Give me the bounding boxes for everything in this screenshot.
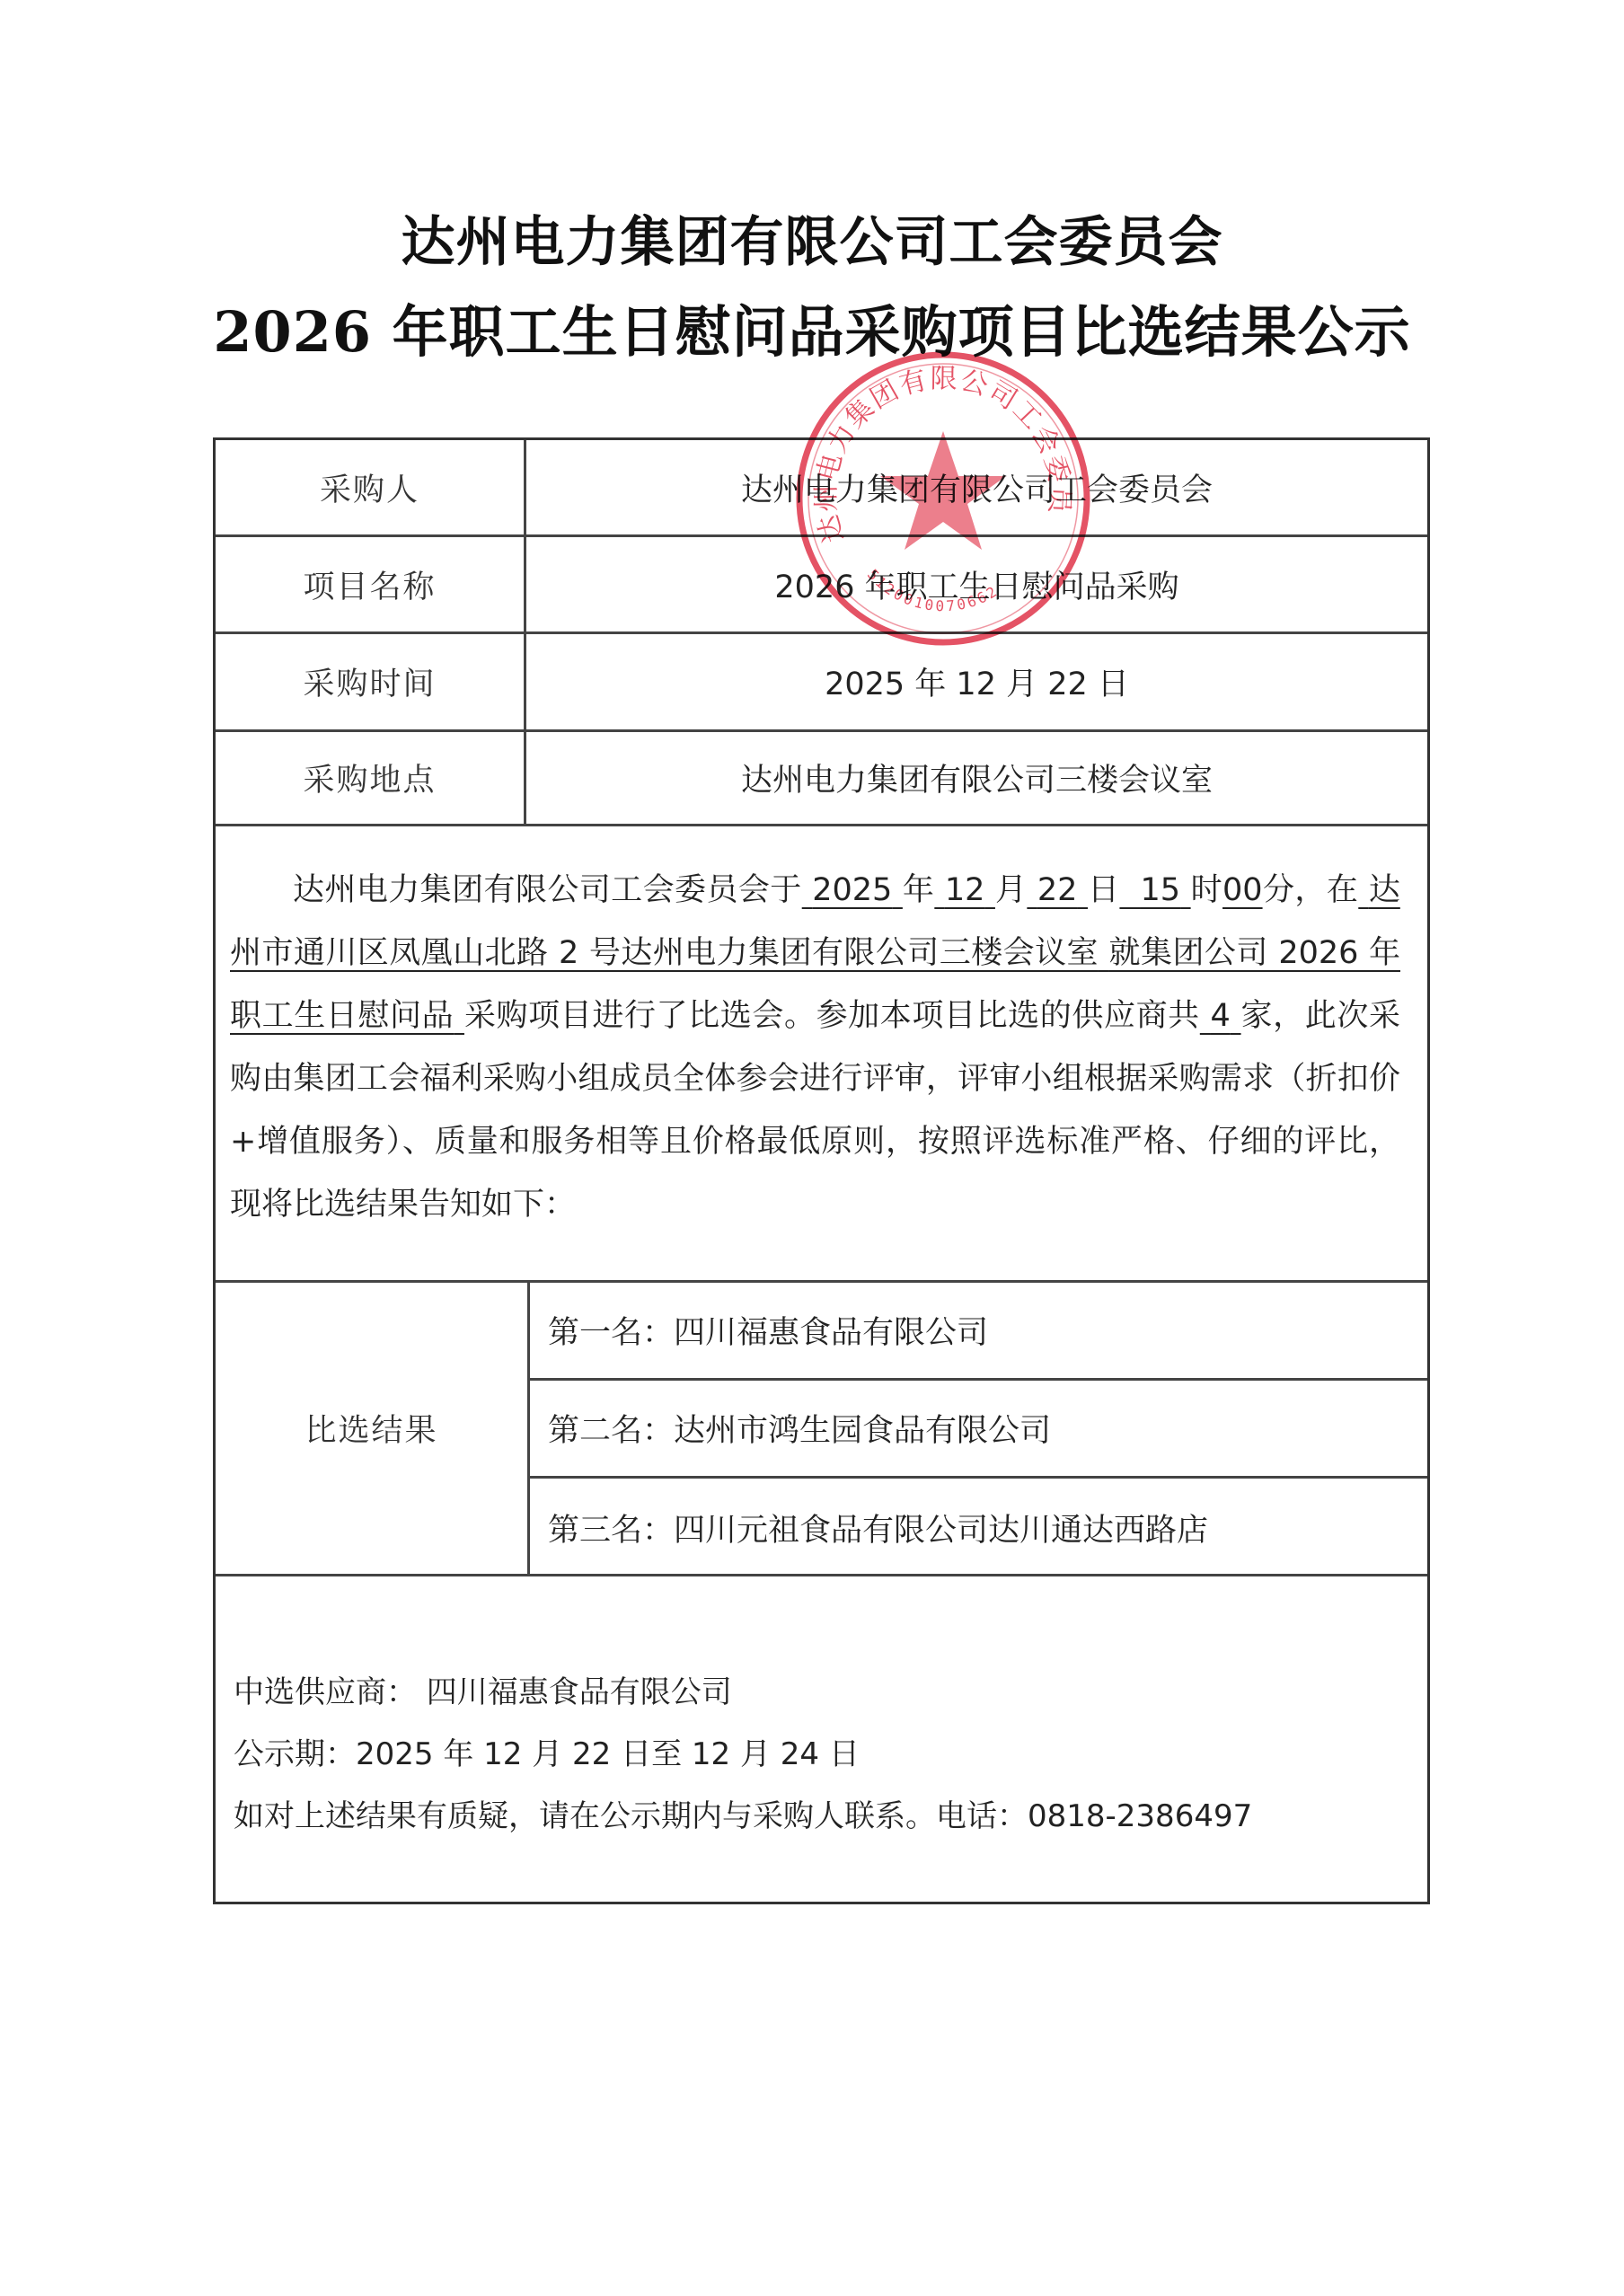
info-value: 2026 年职工生日慰问品采购 <box>526 537 1427 631</box>
footer-section: 中选供应商： 四川福惠食品有限公司 公示期：2025 年 12 月 22 日至 … <box>216 1576 1427 1902</box>
document-title-line2: 2026 年职工生日慰问品采购项目比选结果公示 <box>0 287 1624 367</box>
notice-period: 公示期：2025 年 12 月 22 日至 12 月 24 日 <box>234 1724 1427 1786</box>
announcement-table: 采购人 达州电力集团有限公司工会委员会 项目名称 2026 年职工生日慰问品采购… <box>213 437 1430 1904</box>
info-row-purchase-time: 采购时间 2025 年 12 月 22 日 <box>216 634 1427 732</box>
info-row-purchaser: 采购人 达州电力集团有限公司工会委员会 <box>216 440 1427 537</box>
results-section: 比选结果 第一名：四川福惠食品有限公司 第二名：达州市鸿生园食品有限公司 第三名… <box>216 1283 1427 1576</box>
meeting-minute: 00 <box>1222 872 1263 908</box>
info-value: 达州电力集团有限公司三楼会议室 <box>526 732 1427 824</box>
meeting-hour: 15 <box>1119 872 1190 908</box>
contact-info: 如对上述结果有质疑，请在公示期内与采购人联系。电话：0818-2386497 <box>234 1786 1427 1848</box>
info-label: 项目名称 <box>216 537 526 631</box>
paragraph-text: 达州电力集团有限公司工会委员会于 <box>230 872 802 908</box>
info-label: 采购时间 <box>216 634 526 729</box>
info-row-purchase-location: 采购地点 达州电力集团有限公司三楼会议室 <box>216 732 1427 826</box>
result-rank-3: 第三名：四川元祖食品有限公司达川通达西路店 <box>530 1479 1427 1576</box>
supplier-count: 4 <box>1200 998 1241 1034</box>
info-row-project-name: 项目名称 2026 年职工生日慰问品采购 <box>216 537 1427 634</box>
info-label: 采购地点 <box>216 732 526 824</box>
document-title-line1: 达州电力集团有限公司工会委员会 <box>0 199 1624 277</box>
meeting-month: 12 <box>934 872 995 908</box>
meeting-day: 22 <box>1027 872 1088 908</box>
announcement-paragraph: 达州电力集团有限公司工会委员会于 2025 年 12 月 22 日 15 时00… <box>216 826 1427 1283</box>
meeting-year: 2025 <box>802 872 903 908</box>
selected-supplier: 中选供应商： 四川福惠食品有限公司 <box>234 1662 1427 1724</box>
info-label: 采购人 <box>216 440 526 534</box>
paragraph-text: 采购项目进行了比选会。参加本项目比选的供应商共 <box>464 998 1200 1034</box>
info-value: 2025 年 12 月 22 日 <box>526 634 1427 729</box>
paragraph-jiu: 就 <box>1109 935 1141 971</box>
results-label: 比选结果 <box>216 1283 530 1574</box>
result-rank-2: 第二名：达州市鸿生园食品有限公司 <box>530 1381 1427 1479</box>
result-rank-1: 第一名：四川福惠食品有限公司 <box>530 1283 1427 1381</box>
info-value: 达州电力集团有限公司工会委员会 <box>526 440 1427 534</box>
